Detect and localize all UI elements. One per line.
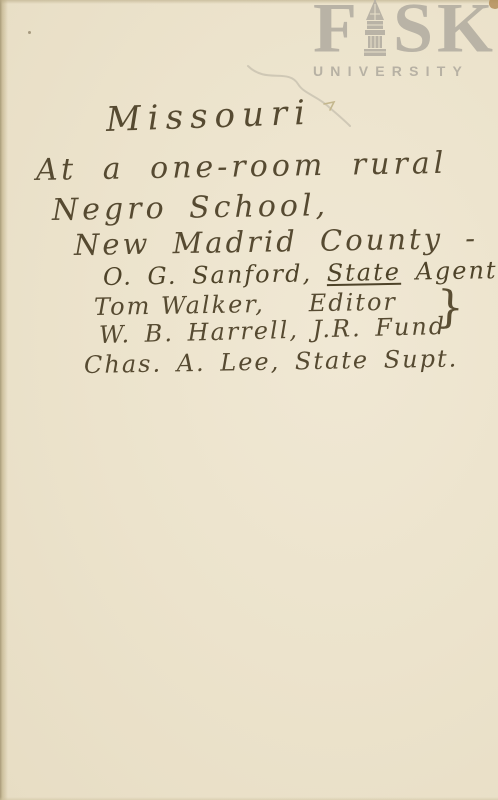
jubilee-hall-tower-icon [361, 0, 389, 56]
letter-s: S [393, 0, 433, 57]
card-left-edge [0, 0, 8, 800]
underlined-word: State [326, 258, 401, 287]
letter-k: K [437, 0, 493, 57]
spacing-gap [265, 311, 309, 312]
fisk-university-logo: F [313, 0, 493, 79]
handwritten-line-lee: Chas. A. Lee, State Supt. [84, 344, 459, 379]
fisk-wordmark: F [313, 0, 493, 58]
scanned-card-back: F [0, 0, 498, 800]
brace-mark: } [435, 281, 466, 333]
line-text-pre: O. G. Sanford, [103, 259, 327, 291]
paper-speck [28, 31, 31, 34]
letter-f: F [313, 0, 357, 57]
handwritten-line-state: Missouri [105, 93, 312, 140]
handwritten-line-caption-2: Negro School, [52, 188, 330, 228]
handwritten-line-caption-1: At a one-room rural [36, 146, 448, 188]
handwritten-line-county: New Madrid County - [74, 221, 479, 262]
